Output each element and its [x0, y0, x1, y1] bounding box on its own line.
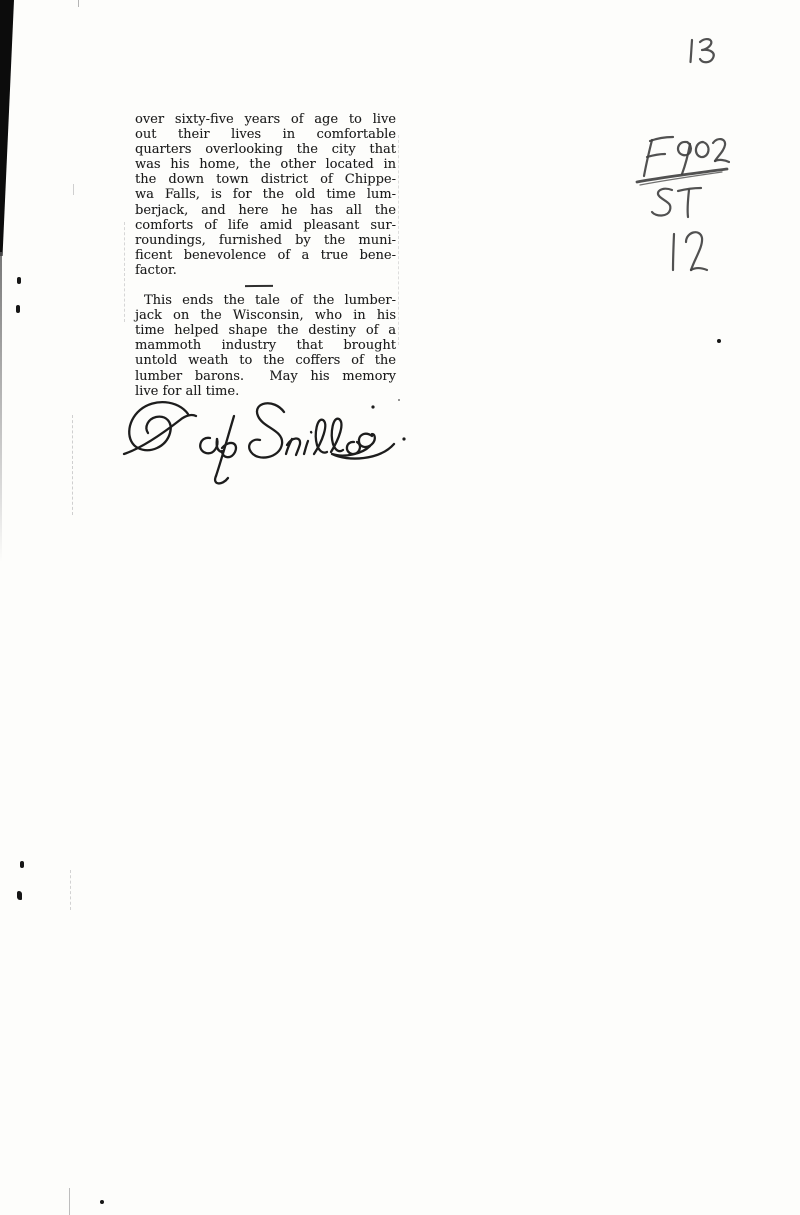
- ink-speck: [20, 861, 24, 868]
- fold-mark: [70, 870, 72, 910]
- handwritten-call-number: [634, 130, 730, 188]
- ink-dot: [100, 1200, 104, 1204]
- text-line: ficent benevolence of a true bene-: [135, 248, 396, 263]
- handwritten-signature: [118, 390, 410, 486]
- text-line: jack on the Wisconsin, who in his: [135, 308, 396, 323]
- fold-mark: [398, 135, 400, 345]
- text-line: lumber barons. May his memory: [135, 369, 396, 384]
- text-line: wa Falls, is for the old time lum-: [135, 187, 396, 202]
- text-line: mammoth industry that brought: [135, 338, 396, 353]
- text-line: roundings, furnished by the muni-: [135, 233, 396, 248]
- text-line: quarters overlooking the city that: [135, 142, 396, 157]
- text-line: the down town district of Chippe-: [135, 172, 396, 187]
- text-line: out their lives in comfortable: [135, 127, 396, 142]
- text-line: was his home, the other located in: [135, 157, 396, 172]
- text-line: factor.: [135, 263, 396, 278]
- text-line: This ends the tale of the lumber-: [135, 293, 396, 308]
- text-line: time helped shape the destiny of a: [135, 323, 396, 338]
- handwritten-stamp-12: [662, 224, 710, 274]
- ink-dot: [717, 339, 721, 343]
- clipping-paragraph-2: This ends the tale of the lumber-jack on…: [135, 293, 396, 399]
- fold-mark: [78, 0, 80, 7]
- clipping-paragraph-1: over sixty-five years of age to liveout …: [135, 112, 396, 278]
- fold-mark: [73, 184, 75, 195]
- text-line: comforts of life amid pleasant sur-: [135, 218, 396, 233]
- text-line: berjack, and here he has all the: [135, 203, 396, 218]
- section-divider: [245, 285, 273, 287]
- ink-dot: [398, 399, 400, 401]
- scan-edge-line: [0, 252, 2, 562]
- ink-speck: [17, 891, 22, 900]
- scanned-document-page: 13 F902 ST 12 over sixty-five years of a…: [0, 0, 800, 1215]
- fold-mark: [72, 415, 74, 515]
- newspaper-clipping: over sixty-five years of age to liveout …: [135, 112, 396, 399]
- text-line: untold weath to the coffers of the: [135, 353, 396, 368]
- fold-mark: [124, 222, 126, 322]
- ink-speck: [17, 277, 21, 284]
- handwritten-page-number: [682, 34, 726, 66]
- handwritten-stamp-st: [646, 184, 704, 220]
- ink-speck: [16, 305, 20, 313]
- text-line: over sixty-five years of age to live: [135, 112, 396, 127]
- scan-edge-shadow: [0, 0, 14, 256]
- fold-mark: [69, 1188, 71, 1215]
